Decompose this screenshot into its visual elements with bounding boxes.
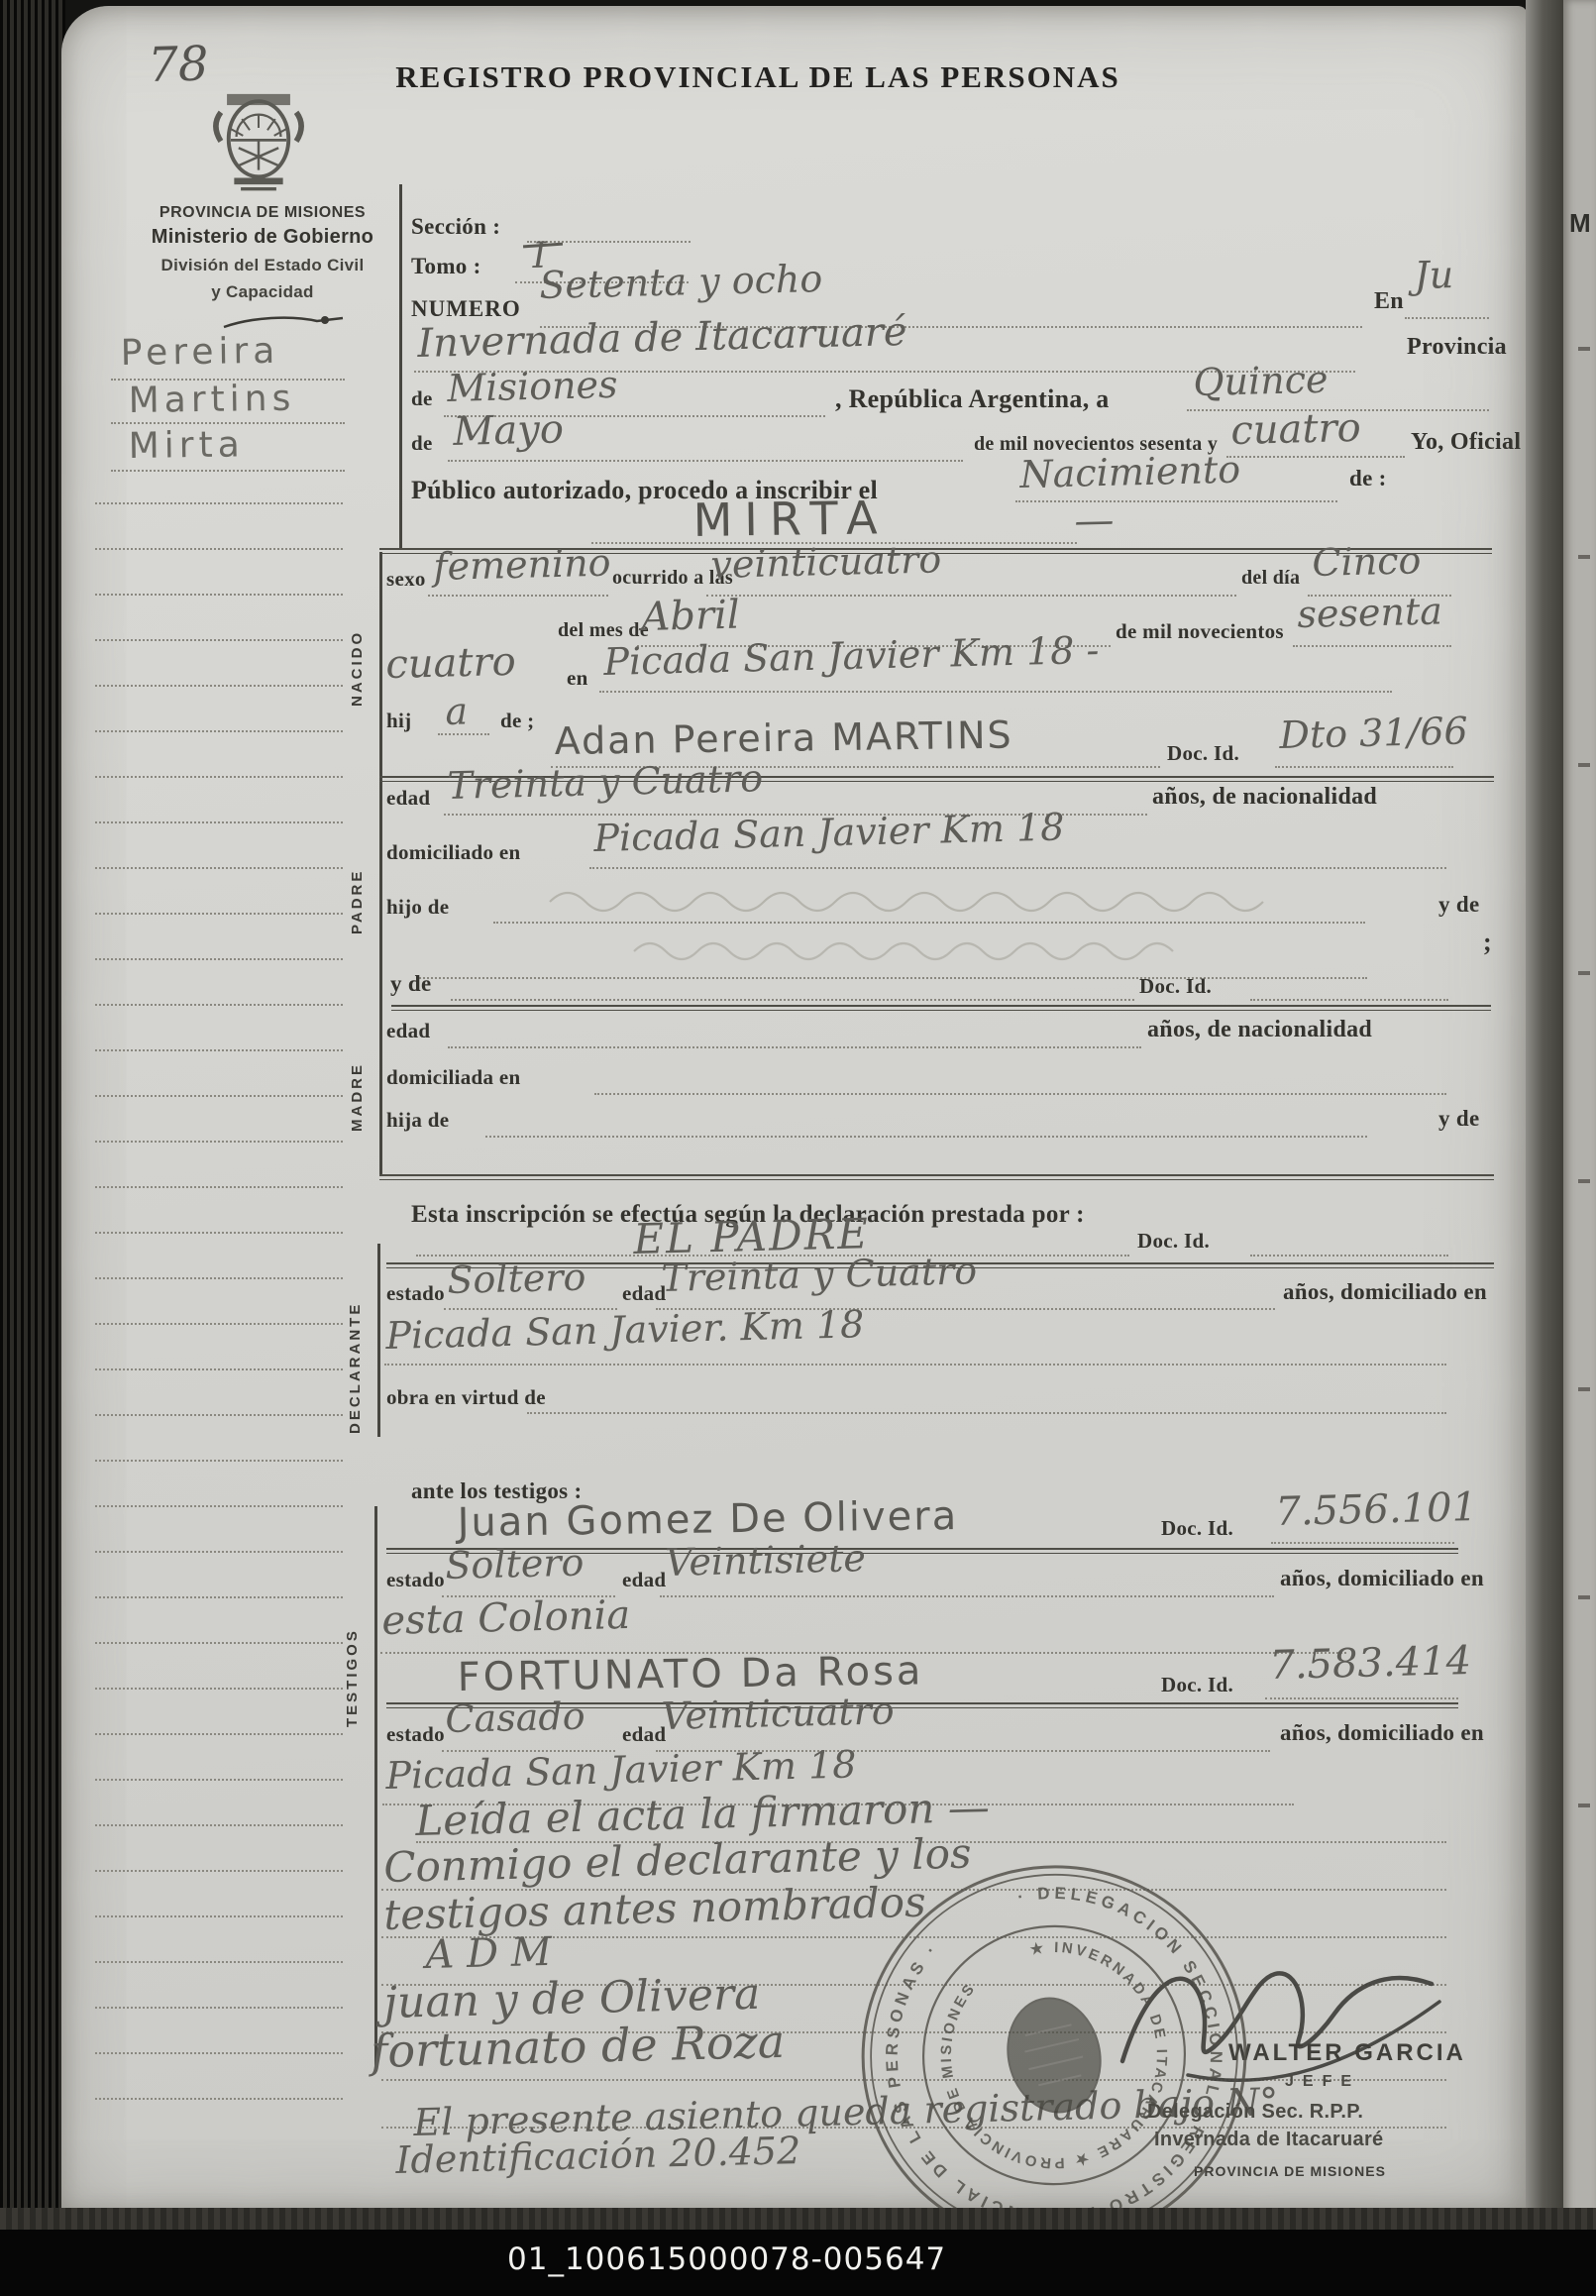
delegation-stamp-icon: · DELEGACION SECCIONAL · REGISTRO PROVIN…: [840, 1851, 1268, 2259]
genero-value: a: [445, 689, 469, 733]
margin-ruled-line: [95, 1915, 343, 1917]
republica-label: , República Argentina, a: [835, 384, 1110, 414]
provincia-label: Provincia: [1407, 334, 1507, 361]
doc-id-label: Doc. Id.: [1161, 1673, 1233, 1697]
estado-label: estado: [386, 1568, 445, 1592]
padre-doc-id-value: Dto 31/66: [1279, 709, 1468, 757]
blank-line: [1226, 456, 1405, 458]
yo-oficial-label: Yo, Oficial: [1411, 429, 1521, 456]
section-declarante: DECLARANTE: [347, 1270, 364, 1434]
office-ministry: Ministerio de Gobierno: [119, 226, 406, 249]
doc-id-label: Doc. Id.: [1137, 1229, 1210, 1254]
office-province: PROVINCIA DE MISIONES: [119, 204, 406, 222]
margin-ruled-line: [95, 685, 343, 687]
double-rule: [379, 1174, 1494, 1180]
padre-edad-value: Treinta y Cuatro: [447, 756, 764, 808]
de-mil-label: de mil novecientos: [1116, 619, 1284, 644]
edad-label: edad: [386, 786, 430, 811]
mes-registro-value: Mayo: [453, 406, 565, 455]
estado-label: estado: [386, 1281, 445, 1306]
doc-id-label: Doc. Id.: [1167, 741, 1239, 766]
margin-ruled-line: [95, 1596, 343, 1598]
tomo-label: Tomo :: [411, 254, 481, 279]
testigo1-edad: Veintisiete: [665, 1536, 866, 1585]
blank-line: [1015, 500, 1337, 502]
edge-tick: [1578, 1595, 1590, 1599]
dash-stroke: —: [1074, 497, 1115, 544]
margin-ruled-line: [95, 913, 343, 915]
margin-ruled-line: [95, 1049, 343, 1051]
margin-ruled-line: [95, 1505, 343, 1507]
margin-ruled-line: [95, 639, 343, 641]
del-dia-label: del día: [1241, 567, 1300, 590]
anio-registro-value: cuatro: [1230, 405, 1361, 454]
blank-line: [428, 595, 608, 597]
blank-line: [660, 1595, 1274, 1597]
edge-tick: [1578, 347, 1590, 351]
en-label: En: [1374, 288, 1404, 315]
doc-id-label: Doc. Id.: [1161, 1516, 1233, 1541]
anos-domiciliado-label: años, domiciliado en: [1283, 1279, 1487, 1305]
de-label: de: [411, 431, 433, 456]
semicolon-mark: ;: [1483, 928, 1492, 957]
adjacent-page-sliver: [1563, 0, 1596, 2232]
declarante-edad-value: Treinta y Cuatro: [661, 1249, 978, 1300]
declarante-estado-value: Soltero: [447, 1256, 586, 1302]
margin-ruled-line: [95, 1733, 343, 1735]
testigo2-edad: Veinticuatro: [661, 1689, 895, 1738]
blank-line: [1250, 1255, 1448, 1257]
margin-ruled-line: [95, 1368, 343, 1370]
de-colon-label: de :: [1349, 466, 1387, 492]
testigo1-nombre: Juan Gomez De Olivera: [457, 1493, 958, 1546]
cierre-iniciales: A D M: [425, 1929, 552, 1978]
testigo1-estado: Soltero: [445, 1541, 585, 1587]
section-nacido: NACIDO: [349, 583, 366, 707]
margin-ruled-line: [95, 2052, 343, 2054]
page-edge-shadow: [1526, 0, 1563, 2232]
madre-y-de-label: y de: [390, 971, 431, 997]
office-capacity: y Capacidad: [119, 282, 406, 302]
margin-ruled-line: [95, 1460, 343, 1462]
blank-line: [416, 977, 1367, 979]
archive-reference-code: 01_100615000078-005647: [507, 2241, 946, 2277]
section-madre: MADRE: [349, 1033, 366, 1132]
blank-line: [589, 867, 1446, 869]
provincial-seal-icon: [203, 81, 314, 192]
y-de-label: y de: [1438, 892, 1479, 918]
firma-testigo2: fortunato de Roza: [371, 2015, 786, 2078]
margin-ruled-line: [95, 1323, 343, 1325]
margin-ruled-line: [95, 730, 343, 732]
edad-label: edad: [386, 1019, 430, 1043]
margin-ruled-line: [95, 1004, 343, 1006]
de-label: de: [411, 386, 433, 411]
margin-ruled-line: [95, 958, 343, 960]
blank-line: [448, 460, 963, 462]
testigo1-domicilio: esta Colonia: [381, 1592, 631, 1644]
anos-domiciliado-label: años, domiciliado en: [1280, 1566, 1484, 1591]
margin-ruled-line: [95, 1551, 343, 1553]
doc-id-label: Doc. Id.: [1139, 974, 1212, 999]
margin-ruled-line: [95, 548, 343, 550]
numero-value: Setenta y ocho: [539, 257, 823, 307]
dia-value: Cinco: [1312, 538, 1422, 585]
margin-ruled-line: [95, 2007, 343, 2009]
blank-line: [384, 1364, 1446, 1366]
double-rule: [391, 1005, 1491, 1011]
anio2-value: cuatro: [385, 639, 516, 688]
blank-line: [451, 999, 1134, 1001]
margin-ruled-line: [95, 1095, 343, 1097]
edge-tick: [1578, 555, 1590, 559]
margin-ruled-line: [95, 1277, 343, 1279]
margin-ruled-line: [95, 1414, 343, 1416]
margin-ruled-line: [95, 594, 343, 596]
edge-tick: [1578, 971, 1590, 975]
margin-ruled-line: [95, 776, 343, 778]
blank-line: [448, 1046, 1141, 1048]
ruled-line: [111, 470, 345, 472]
margin-ruled-line: [95, 502, 343, 504]
blank-line: [706, 595, 1236, 597]
office-division: División del Estado Civil: [119, 256, 406, 275]
edad-label: edad: [622, 1568, 666, 1592]
blank-line: [1265, 1697, 1458, 1699]
domiciliada-label: domiciliada en: [386, 1065, 520, 1090]
page-number-handwritten: 78: [148, 37, 209, 93]
erased-scribble: [634, 929, 1209, 969]
y-de-label: y de: [1438, 1106, 1479, 1132]
blank-line: [599, 691, 1392, 693]
section-padre: PADRE: [349, 830, 366, 934]
hija-de-label: hija de: [386, 1108, 449, 1133]
edge-tick: [1578, 763, 1590, 767]
acto-value: Nacimiento: [1019, 448, 1241, 496]
blank-line: [1271, 1542, 1454, 1544]
margin-ruled-line: [95, 1186, 343, 1188]
margin-ruled-line: [95, 1961, 343, 1963]
hora-value: veinticuatro: [710, 537, 942, 587]
edge-tick: [1578, 1387, 1590, 1391]
domiciliado-label: domiciliado en: [386, 840, 520, 865]
en-value: Ju: [1414, 253, 1454, 297]
margin-given-name: Mirta: [128, 424, 245, 467]
padre-nombre-value: Adan Pereira MARTINS: [554, 713, 1013, 763]
section-testigos: TESTIGOS: [344, 1593, 361, 1727]
margin-ruled-line: [95, 1141, 343, 1143]
edge-tick: [1578, 1804, 1590, 1807]
margin-surname-2: Martins: [128, 379, 295, 421]
edge-tick: [1578, 1179, 1590, 1183]
section-border: [379, 552, 382, 1174]
de-hijo-label: de ;: [500, 709, 534, 733]
blank-line: [1293, 645, 1451, 647]
blank-line: [594, 1093, 1446, 1095]
sexo-value: femenino: [433, 541, 611, 589]
en-lugar-label: en: [567, 666, 588, 691]
margin-ruled-line: [95, 1779, 343, 1781]
sexo-label: sexo: [386, 567, 426, 592]
book-binding: [0, 0, 65, 2232]
oficial-cargo: JEFE: [1285, 2073, 1360, 2091]
section-border: [374, 1506, 377, 2066]
margin-ruled-line: [95, 1232, 343, 1234]
margin-ruled-line: [95, 1642, 343, 1644]
scanned-birth-certificate: 78 PROVINCIA DE MISIONES Ministerio de G…: [0, 0, 1596, 2296]
blank-line: [438, 733, 489, 735]
anio1-value: sesenta: [1297, 589, 1442, 636]
estado-label: estado: [386, 1722, 445, 1747]
margin-surname-1: Pereira: [120, 331, 279, 374]
provincia-value: Misiones: [447, 363, 618, 410]
obra-label: obra en virtud de: [386, 1385, 546, 1410]
blank-line: [1275, 766, 1453, 768]
dia-registro-value: Quince: [1193, 358, 1329, 404]
margin-ruled-line: [95, 821, 343, 823]
pen-flourish-icon: [220, 313, 349, 333]
edad-label: edad: [622, 1281, 666, 1306]
erased-scribble: [550, 878, 1293, 923]
adjacent-page-letter: M: [1569, 208, 1591, 239]
hij-label: hij: [386, 709, 411, 733]
margin-ruled-line: [95, 1870, 343, 1872]
testigo1-doc-id: 7.556.101: [1275, 1484, 1478, 1535]
testigo2-doc-id: 7.583.414: [1269, 1638, 1472, 1689]
margin-ruled-line: [95, 2098, 343, 2100]
hijo-de-label: hijo de: [386, 895, 449, 920]
document-title: REGISTRO PROVINCIAL DE LAS PERSONAS: [391, 59, 1124, 95]
margin-divider: [399, 184, 402, 548]
mes-value: Abril: [641, 593, 740, 640]
testigo2-estado: Casado: [445, 1695, 585, 1741]
anos-domiciliado-label: años, domiciliado en: [1280, 1720, 1484, 1746]
edad-label: edad: [622, 1722, 666, 1747]
blank-line: [1405, 317, 1489, 319]
book-edge-cloth: [0, 2208, 1596, 2232]
anos-nacionalidad-label: años, de nacionalidad: [1152, 784, 1377, 811]
anos-nacionalidad-label: años, de nacionalidad: [1147, 1017, 1372, 1043]
blank-line: [527, 1412, 1446, 1414]
blank-line: [485, 1136, 1367, 1138]
margin-ruled-line: [95, 1824, 343, 1826]
margin-ruled-line: [95, 867, 343, 869]
section-border: [377, 1244, 380, 1437]
margin-ruled-line: [95, 1688, 343, 1690]
seccion-label: Sección :: [411, 214, 500, 240]
blank-line: [1250, 999, 1448, 1001]
